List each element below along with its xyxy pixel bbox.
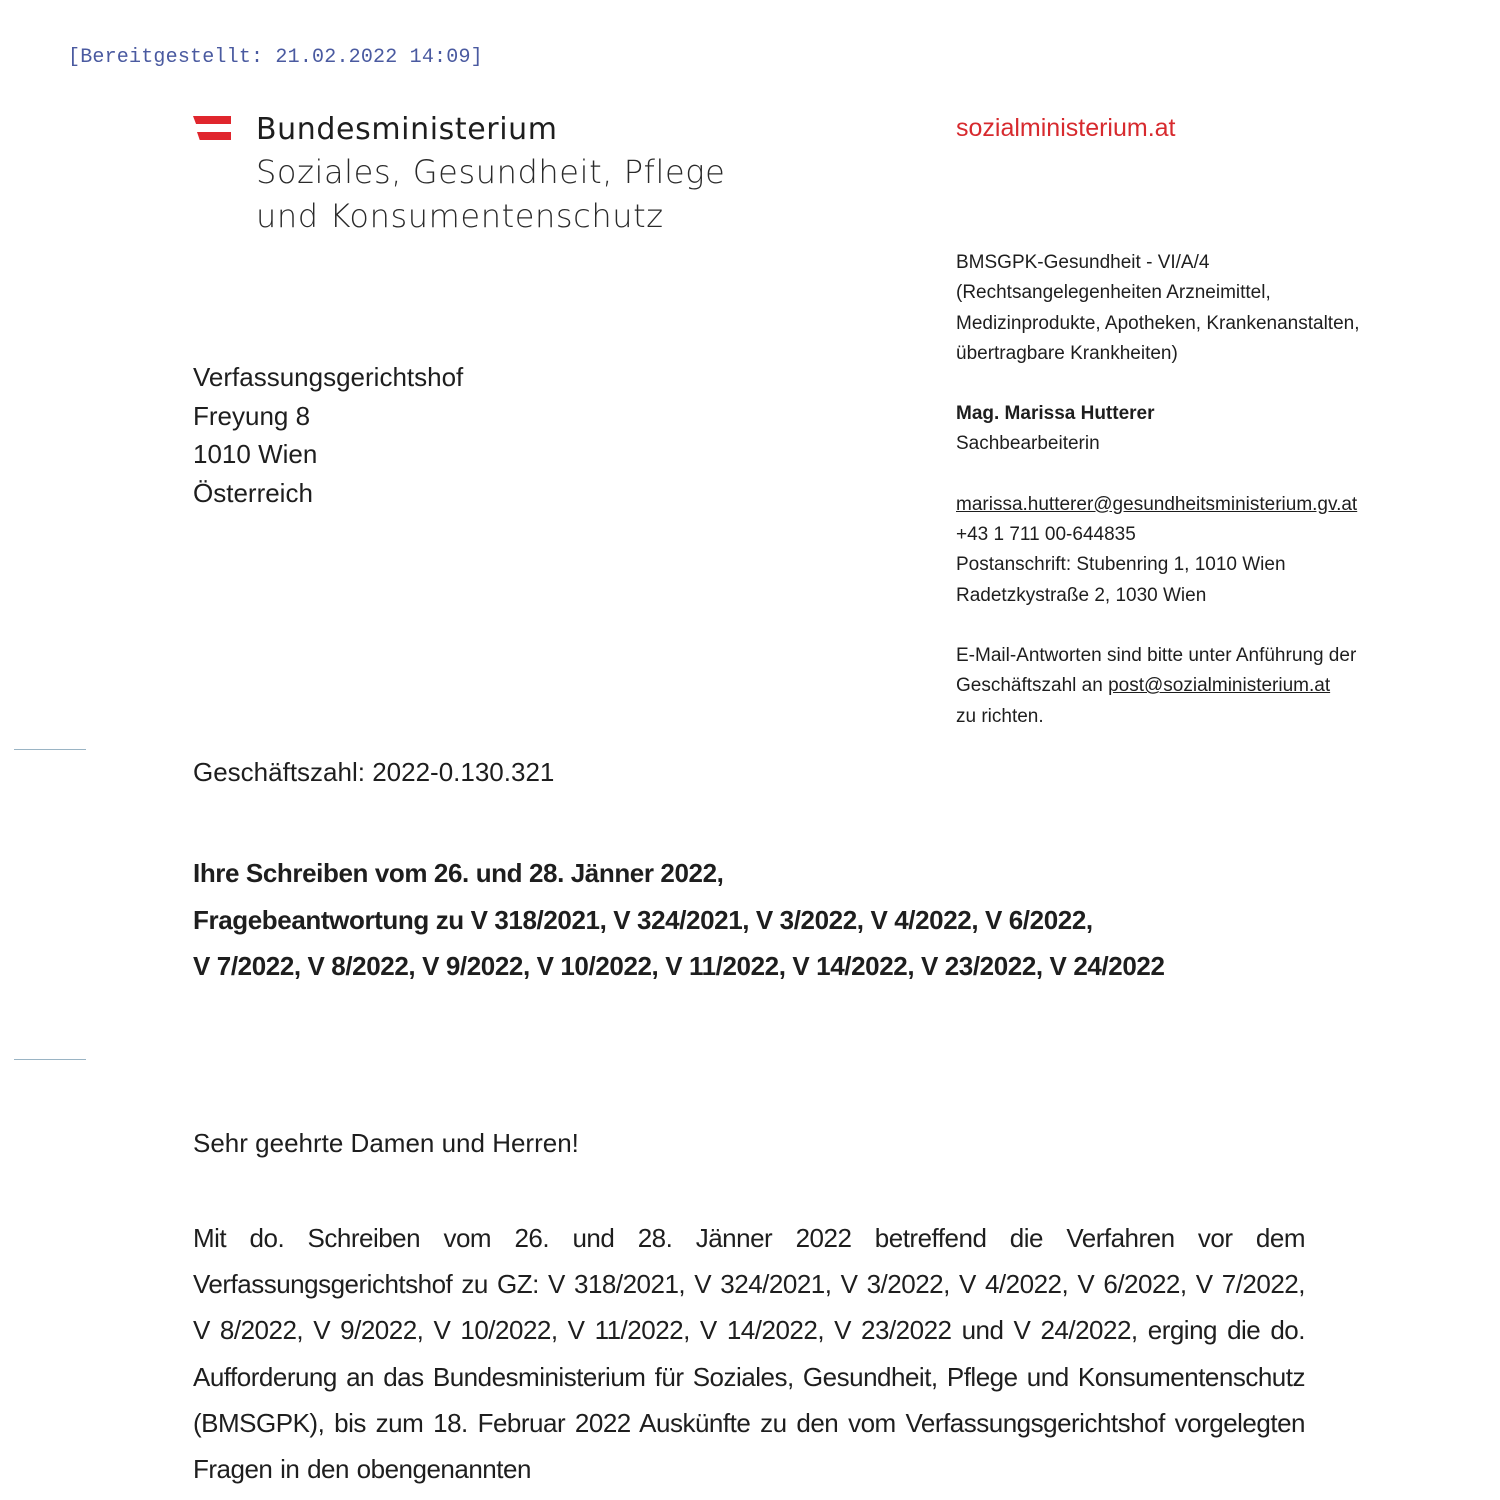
- sender-name: Mag. Marissa Hutterer: [956, 399, 1456, 429]
- fold-mark: [14, 749, 86, 750]
- subject-line: Ihre Schreiben vom 26. und 28. Jänner 20…: [193, 850, 1313, 897]
- website-link[interactable]: sozialministerium.at: [956, 114, 1176, 143]
- postal-address: Postanschrift: Stubenring 1, 1010 Wien: [956, 550, 1456, 580]
- logo-line-1: Bundesministerium: [256, 110, 725, 150]
- salutation: Sehr geehrte Damen und Herren!: [193, 1128, 579, 1159]
- logo-line-3: und Konsumentenschutz: [256, 194, 725, 238]
- subject-line: V 7/2022, V 8/2022, V 9/2022, V 10/2022,…: [193, 943, 1313, 990]
- department: BMSGPK-Gesundheit - VI/A/4: [956, 248, 1456, 278]
- reply-note-line-1: E-Mail-Antworten sind bitte unter Anführ…: [956, 641, 1456, 671]
- street-address: Radetzkystraße 2, 1030 Wien: [956, 581, 1456, 611]
- subject-line: Fragebeantwortung zu V 318/2021, V 324/2…: [193, 897, 1313, 944]
- logo-line-2: Soziales, Gesundheit, Pflege: [256, 150, 725, 194]
- reply-note-text: Geschäftszahl an: [956, 675, 1108, 696]
- sender-email-link[interactable]: marissa.hutterer@gesundheitsministerium.…: [956, 494, 1357, 515]
- department-desc-2: Medizinprodukte, Apotheken, Krankenansta…: [956, 309, 1456, 339]
- recipient-line: Verfassungsgerichtshof: [193, 358, 463, 397]
- subject: Ihre Schreiben vom 26. und 28. Jänner 20…: [193, 850, 1313, 990]
- body-paragraph: Mit do. Schreiben vom 26. und 28. Jänner…: [193, 1215, 1305, 1492]
- provision-timestamp: [Bereitgestellt: 21.02.2022 14:09]: [68, 46, 483, 69]
- recipient-address: Verfassungsgerichtshof Freyung 8 1010 Wi…: [193, 358, 463, 512]
- reply-note-line-3: zu richten.: [956, 702, 1456, 732]
- reply-email-link[interactable]: post@sozialministerium.at: [1108, 675, 1330, 696]
- recipient-line: Freyung 8: [193, 397, 463, 436]
- reference-number: Geschäftszahl: 2022-0.130.321: [193, 757, 554, 788]
- department-desc-3: übertragbare Krankheiten): [956, 339, 1456, 369]
- department-desc-1: (Rechtsangelegenheiten Arzneimittel,: [956, 278, 1456, 308]
- austrian-flag-icon: [193, 116, 231, 142]
- fold-mark: [14, 1059, 86, 1060]
- recipient-line: Österreich: [193, 474, 463, 513]
- recipient-line: 1010 Wien: [193, 435, 463, 474]
- sender-info: BMSGPK-Gesundheit - VI/A/4 (Rechtsangele…: [956, 248, 1456, 732]
- reply-note-line-2: Geschäftszahl an post@sozialministerium.…: [956, 671, 1456, 701]
- sender-role: Sachbearbeiterin: [956, 429, 1456, 459]
- sender-phone: +43 1 711 00-644835: [956, 520, 1456, 550]
